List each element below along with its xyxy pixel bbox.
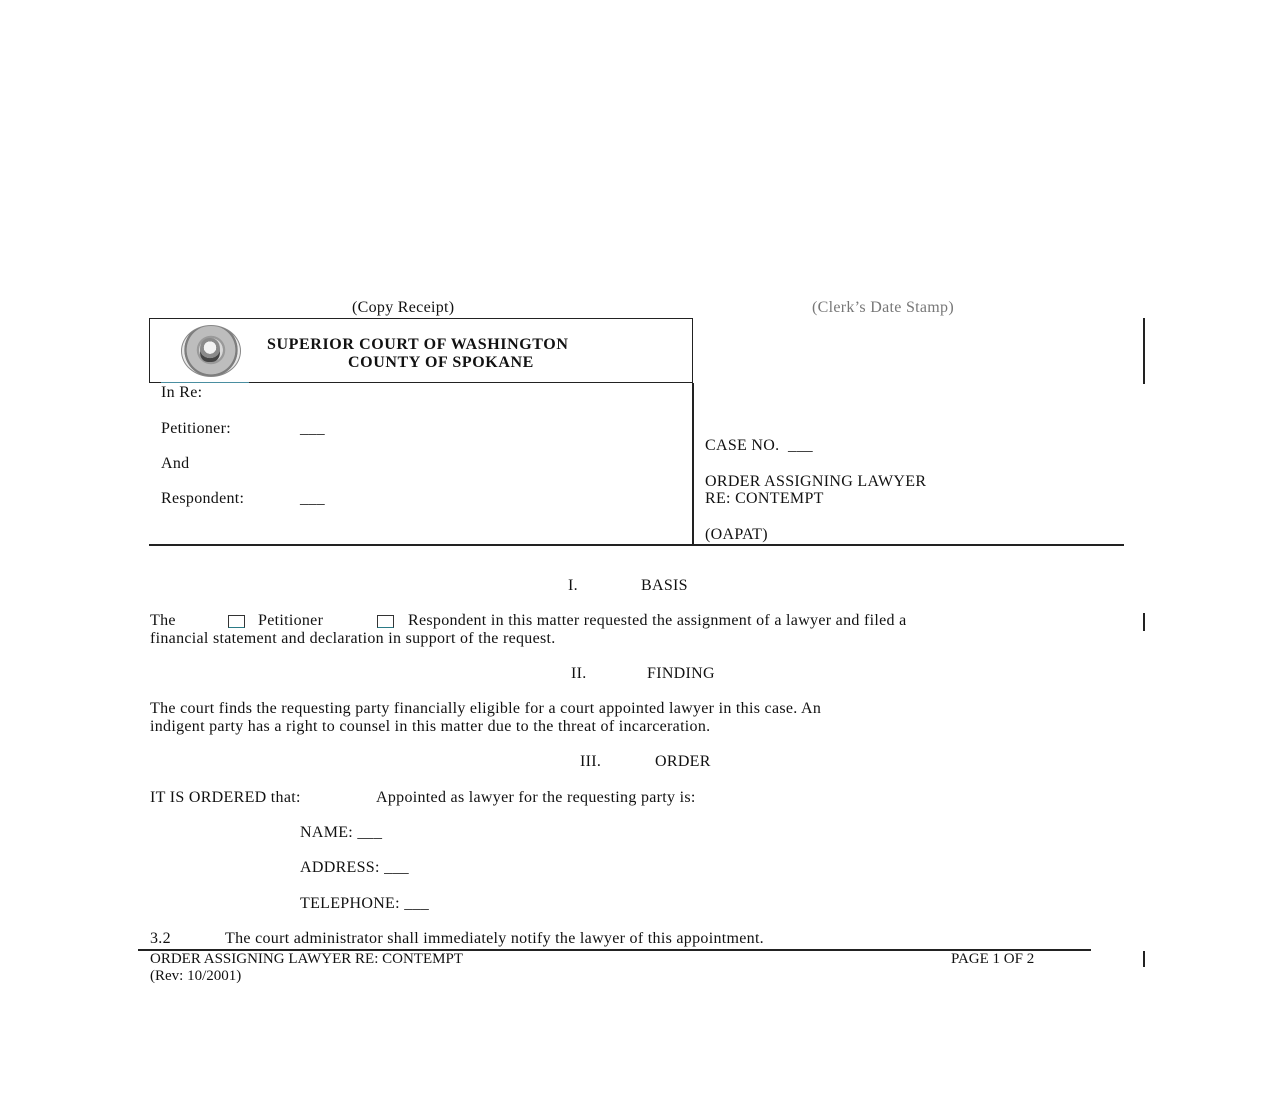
in-re-label: In Re: — [161, 384, 202, 402]
court-name-line2: COUNTY OF SPOKANE — [348, 354, 534, 372]
respondent-option-label: Respondent in this matter requested the … — [408, 612, 907, 630]
caption-bottom-rule — [149, 544, 1124, 546]
case-no-field[interactable]: ___ — [788, 437, 813, 454]
item-number: 3.2 — [150, 930, 171, 948]
clerk-date-stamp-label: (Clerk’s Date Stamp) — [812, 299, 954, 317]
telephone-label: TELEPHONE: — [300, 895, 400, 912]
item-text: The court administrator shall immediatel… — [225, 930, 764, 948]
address-label: ADDRESS: — [300, 859, 380, 876]
respondent-label: Respondent: — [161, 490, 244, 508]
case-no-label: CASE NO. — [705, 437, 779, 454]
caption-divider — [692, 383, 694, 545]
respondent-checkbox[interactable] — [377, 615, 394, 628]
revision-bar — [1143, 951, 1145, 967]
lawyer-telephone-row: TELEPHONE: ___ — [300, 895, 429, 913]
document-title-line2: RE: CONTEMPT — [705, 490, 824, 508]
copy-receipt-label: (Copy Receipt) — [352, 299, 454, 317]
seal-underline — [161, 382, 249, 383]
section-number-finding: II. — [571, 665, 587, 683]
order-lead: IT IS ORDERED that: — [150, 789, 301, 807]
footer-title: ORDER ASSIGNING LAWYER RE: CONTEMPT — [150, 951, 463, 968]
lawyer-name-row: NAME: ___ — [300, 824, 382, 842]
section-title-basis: BASIS — [641, 577, 688, 595]
footer-page-number: PAGE 1 OF 2 — [951, 951, 1034, 968]
footer-revision: (Rev: 10/2001) — [150, 968, 241, 985]
petitioner-checkbox[interactable] — [228, 615, 245, 628]
basis-text-line2: financial statement and declaration in s… — [150, 630, 556, 648]
form-code: (OAPAT) — [705, 526, 768, 544]
document-title-line1: ORDER ASSIGNING LAWYER — [705, 473, 926, 491]
and-label: And — [161, 455, 189, 473]
lawyer-telephone-field[interactable]: ___ — [404, 895, 429, 912]
lawyer-address-row: ADDRESS: ___ — [300, 859, 409, 877]
revision-bar — [1143, 318, 1145, 384]
court-seal-icon — [181, 325, 241, 377]
petitioner-field[interactable]: ___ — [300, 420, 325, 438]
section-title-order: ORDER — [655, 753, 711, 771]
court-name-line1: SUPERIOR COURT OF WASHINGTON — [267, 336, 568, 354]
basis-lead: The — [150, 612, 176, 630]
lawyer-address-field[interactable]: ___ — [384, 859, 409, 876]
respondent-field[interactable]: ___ — [300, 490, 325, 508]
name-label: NAME: — [300, 824, 353, 841]
order-appointed-text: Appointed as lawyer for the requesting p… — [376, 789, 696, 807]
section-number-basis: I. — [568, 577, 578, 595]
petitioner-option-label: Petitioner — [258, 612, 323, 630]
lawyer-name-field[interactable]: ___ — [357, 824, 382, 841]
finding-text-line1: The court finds the requesting party fin… — [150, 700, 821, 718]
petitioner-label: Petitioner: — [161, 420, 231, 438]
finding-text-line2: indigent party has a right to counsel in… — [150, 718, 710, 736]
section-number-order: III. — [580, 753, 601, 771]
case-number: CASE NO. ___ — [705, 437, 813, 455]
revision-bar — [1143, 613, 1145, 631]
section-title-finding: FINDING — [647, 665, 715, 683]
